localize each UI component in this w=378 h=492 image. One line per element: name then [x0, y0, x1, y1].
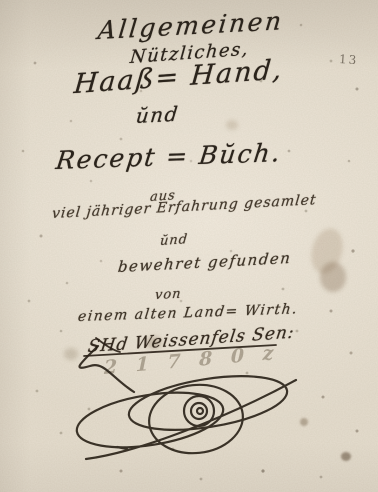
subtitle-line-und-2: ŭnd: [159, 232, 188, 249]
title-line-allgemeinen: Allgemeinen: [96, 6, 285, 45]
manuscript-page: 13 Allgemeinen Nützliches, Haaß= Hand, ŭ…: [0, 0, 378, 492]
stain: [226, 120, 238, 130]
paper-specks: [0, 0, 2, 2]
stain: [307, 225, 348, 277]
title-line-und-1: ŭnd: [135, 102, 181, 128]
subtitle-line-erfahrung: viel jähriger Erfahrung gesamlet: [51, 192, 317, 222]
subtitle-line-von: von: [154, 287, 182, 303]
stain: [341, 452, 351, 461]
subtitle-line-bewehret: bewehret gefunden: [117, 249, 292, 276]
title-line-haass-hand: Haaß= Hand,: [73, 54, 285, 100]
title-line-recept-buch: Recept = Bŭch.: [54, 138, 283, 175]
stain: [320, 262, 346, 292]
stain: [300, 418, 308, 426]
subtitle-line-landwirth: einem alten Land= Wirth.: [77, 301, 299, 325]
stain: [64, 348, 78, 360]
page-number-stamp: 13: [339, 52, 359, 67]
